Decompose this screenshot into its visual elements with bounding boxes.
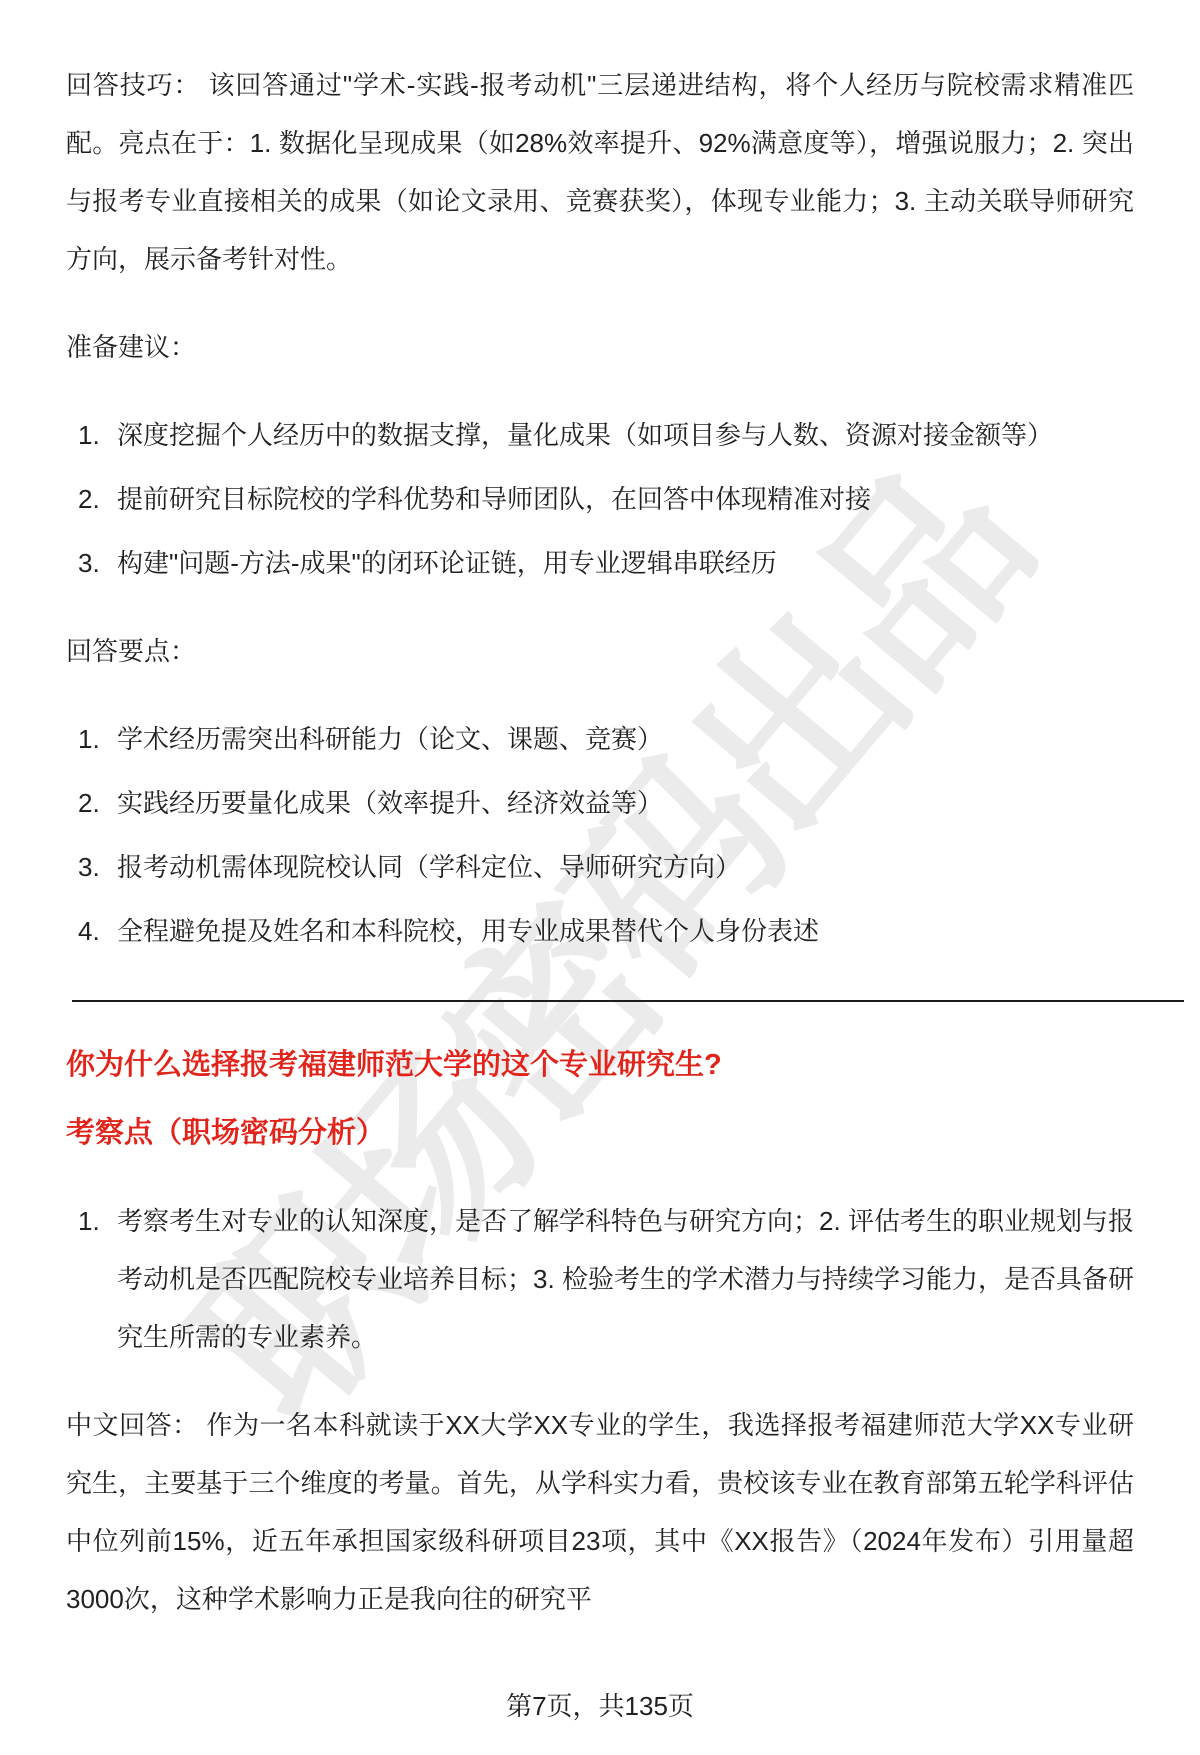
answer-points-label: 回答要点： bbox=[66, 622, 1134, 680]
list-item-number: 2. bbox=[78, 774, 100, 832]
list-item-text: 学术经历需突出科研能力（论文、课题、竞赛） bbox=[117, 724, 663, 754]
list-item-text: 全程避免提及姓名和本科院校，用专业成果替代个人身份表述 bbox=[117, 916, 819, 946]
list-item-number: 1. bbox=[78, 406, 100, 464]
list-item: 3. 构建"问题-方法-成果"的闭环论证链，用专业逻辑串联经历 bbox=[66, 534, 1134, 592]
page-footer: 第7页，共135页 bbox=[0, 1686, 1200, 1723]
list-item-number: 4. bbox=[78, 902, 100, 960]
page-content: 回答技巧： 该回答通过"学术-实践-报考动机"三层递进结构，将个人经历与院校需求… bbox=[0, 0, 1200, 1628]
list-item: 3. 报考动机需体现院校认同（学科定位、导师研究方向） bbox=[66, 838, 1134, 896]
list-item-text: 实践经历要量化成果（效率提升、经济效益等） bbox=[117, 788, 663, 818]
list-item-text: 深度挖掘个人经历中的数据支撑，量化成果（如项目参与人数、资源对接金额等） bbox=[117, 420, 1053, 450]
list-item-number: 1. bbox=[78, 710, 100, 768]
list-item-number: 2. bbox=[78, 470, 100, 528]
list-item-text: 提前研究目标院校的学科优势和导师团队，在回答中体现精准对接 bbox=[117, 484, 871, 514]
prep-advice-label: 准备建议： bbox=[66, 318, 1134, 376]
list-item: 2. 提前研究目标院校的学科优势和导师团队，在回答中体现精准对接 bbox=[66, 470, 1134, 528]
answer-points-list: 1. 学术经历需突出科研能力（论文、课题、竞赛） 2. 实践经历要量化成果（效率… bbox=[66, 710, 1134, 960]
list-item-text: 构建"问题-方法-成果"的闭环论证链，用专业逻辑串联经历 bbox=[117, 548, 777, 578]
list-item-text: 考察考生对专业的认知深度，是否了解学科特色与研究方向；2. 评估考生的职业规划与… bbox=[117, 1206, 1134, 1352]
list-item-number: 3. bbox=[78, 534, 100, 592]
section-divider bbox=[72, 1000, 1184, 1002]
list-item-number: 1. bbox=[78, 1192, 100, 1250]
question-heading: 你为什么选择报考福建师范大学的这个专业研究生? bbox=[66, 1036, 1134, 1094]
list-item-text: 报考动机需体现院校认同（学科定位、导师研究方向） bbox=[117, 852, 741, 882]
list-item-number: 3. bbox=[78, 838, 100, 896]
list-item: 1. 考察考生对专业的认知深度，是否了解学科特色与研究方向；2. 评估考生的职业… bbox=[66, 1192, 1134, 1366]
prep-advice-list: 1. 深度挖掘个人经历中的数据支撑，量化成果（如项目参与人数、资源对接金额等） … bbox=[66, 406, 1134, 592]
exam-points-list: 1. 考察考生对专业的认知深度，是否了解学科特色与研究方向；2. 评估考生的职业… bbox=[66, 1192, 1134, 1366]
list-item: 1. 深度挖掘个人经历中的数据支撑，量化成果（如项目参与人数、资源对接金额等） bbox=[66, 406, 1134, 464]
answer-technique-paragraph: 回答技巧： 该回答通过"学术-实践-报考动机"三层递进结构，将个人经历与院校需求… bbox=[66, 56, 1134, 288]
document-page: 职场密码出品 回答技巧： 该回答通过"学术-实践-报考动机"三层递进结构，将个人… bbox=[0, 0, 1200, 1755]
list-item: 2. 实践经历要量化成果（效率提升、经济效益等） bbox=[66, 774, 1134, 832]
chinese-answer-paragraph: 中文回答： 作为一名本科就读于XX大学XX专业的学生，我选择报考福建师范大学XX… bbox=[66, 1396, 1134, 1628]
analysis-heading: 考察点（职场密码分析） bbox=[66, 1104, 1134, 1162]
list-item: 1. 学术经历需突出科研能力（论文、课题、竞赛） bbox=[66, 710, 1134, 768]
list-item: 4. 全程避免提及姓名和本科院校，用专业成果替代个人身份表述 bbox=[66, 902, 1134, 960]
